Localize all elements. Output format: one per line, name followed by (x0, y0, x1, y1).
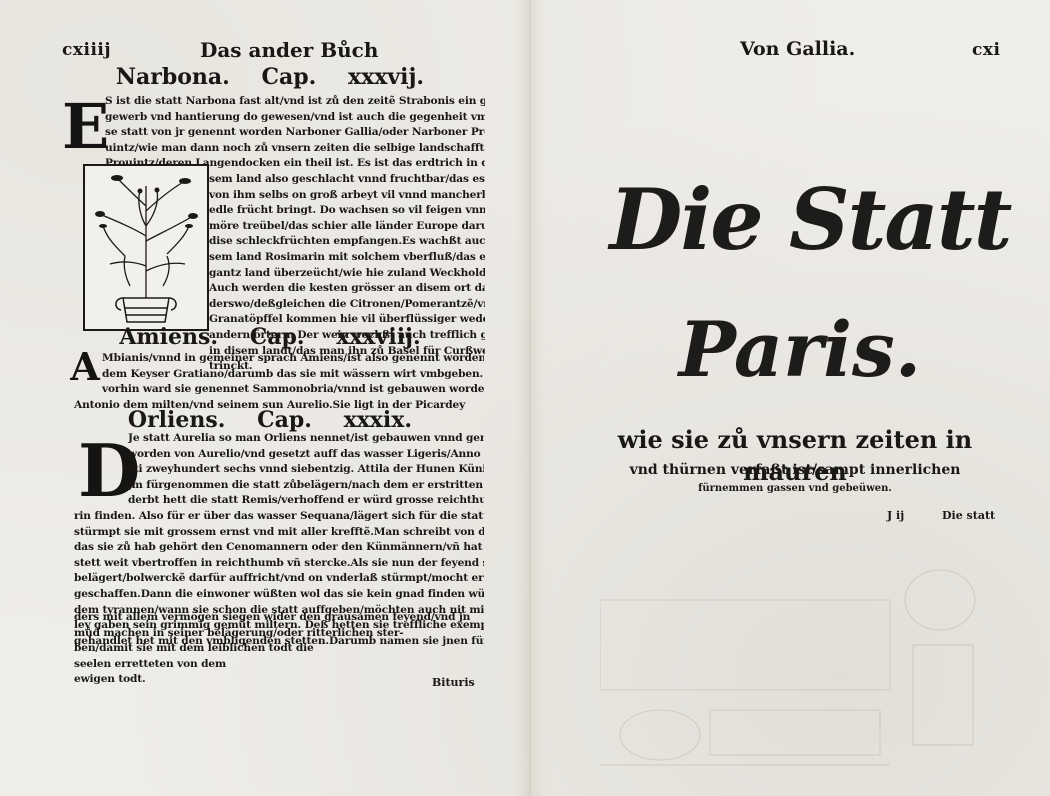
orliens-text-indented: Je statt Aurelia so man Orliens nennet/i… (128, 431, 484, 509)
text-line: möre treübel/das schier alle länder Euro… (209, 219, 485, 235)
text-line: Auch werden die kesten grösser an disem … (209, 281, 485, 297)
text-line: ewigen todt. (74, 672, 484, 688)
text-line: das sie zů hab gehört den Cenomannern od… (74, 540, 484, 556)
text-line: jm fürgenommen die statt zůbelägern/nach… (128, 478, 484, 494)
text-line: uintz/wie man dann noch zů vnsern zeiten… (105, 141, 485, 157)
left-page: cxiiij Das ander Bůch Narbona. Cap. xxxv… (0, 0, 520, 796)
text-line: se statt von jr genennt worden Narboner … (105, 125, 485, 141)
catchword: Bituris (432, 676, 475, 689)
chapter-title: Orliens. (128, 407, 226, 433)
text-line: ders mit allem vermögen siegen wider den… (74, 610, 484, 626)
decorated-initial-e: E (62, 92, 104, 164)
rosemary-plant-woodcut (83, 164, 209, 331)
text-line: derbt hett die statt Remis/verhoffend er… (128, 493, 484, 509)
decorated-initial-d: D (78, 432, 128, 510)
title-paris: Paris. (630, 300, 970, 400)
subtitle-line-3: fürnemmen gassen vnd gebeüwen. (610, 482, 980, 496)
orliens-text-tail: ders mit allem vermögen siegen wider den… (74, 610, 484, 688)
text-line: von ihm selbs on groß arbeyt vil vnnd ma… (209, 188, 485, 204)
subtitle-line-2: vnd thürnen verfaßt ist/sampt innerliche… (610, 460, 980, 480)
text-line: belägert/bolwerckẽ darfür auffricht/vnd … (74, 571, 484, 587)
folio-number: cxiiij (62, 40, 111, 60)
chapter-number: Cap. xxxvij. (262, 64, 425, 90)
text-line: S ist die statt Narbona fast alt/vnd ist… (105, 94, 485, 110)
text-line: Je statt Aurelia so man Orliens nennet/i… (128, 431, 484, 447)
folio-number-right: cxi (972, 40, 1000, 60)
running-head-right: Von Gallia. (740, 38, 855, 60)
text-line: Mbianis/vnnd in gemeiner sprach Amiens/i… (102, 351, 484, 367)
text-line: sti zweyhundert sechs vnnd siebentzig. A… (128, 462, 484, 478)
text-line: derswo/deßgleichen die Citronen/Pomerant… (209, 297, 485, 313)
text-line: seelen erretteten von dem (74, 657, 484, 673)
text-line: edle frücht bringt. Do wachsen so vil fe… (209, 203, 485, 219)
running-head: Das ander Bůch (200, 38, 378, 62)
text-line: můd machen in seiner belägerung/oder rit… (74, 626, 484, 642)
narbona-text-top: S ist die statt Narbona fast alt/vnd ist… (105, 94, 485, 172)
text-line: dise schleckfrüchten empfangen.Es wachßt… (209, 234, 485, 250)
text-line: worden von Aurelio/vnd gesetzt auff das … (128, 447, 484, 463)
catchword-right: Die statt (942, 509, 995, 522)
chapter-number: Cap. xxxviij. (250, 324, 421, 350)
text-line: sem land Rosimarin mit solchem vberfluß/… (209, 250, 485, 266)
text-line: rin finden. Also für er über das wasser … (74, 509, 484, 525)
text-line: stett weit vbertroffen in reichthumb vñ … (74, 556, 484, 572)
text-line: vorhin ward sie genennet Sammonobria/vnn… (102, 382, 484, 398)
text-line: geschaffen.Dann die einwoner wüßten wol … (74, 587, 484, 603)
amiens-text-indented: Mbianis/vnnd in gemeiner sprach Amiens/i… (102, 351, 484, 398)
title-die-statt: Die Statt (590, 165, 1030, 275)
text-line: ben/damit sie mit dem leiblichen todt di… (74, 641, 484, 657)
chapter-heading-amiens: Amiens. Cap. xxxviij. (60, 324, 480, 350)
text-line: stürmpt sie mit grossem ernst vnd mit al… (74, 525, 484, 541)
chapter-title: Amiens. (119, 324, 218, 350)
signature-mark: J ij (887, 509, 904, 522)
book-spread: cxiiij Das ander Bůch Narbona. Cap. xxxv… (0, 0, 1050, 796)
text-line: gewerb vnd hantierung do gewesen/vnd ist… (105, 110, 485, 126)
text-line: sem land also geschlacht vnnd fruchtbar/… (209, 172, 485, 188)
potted-plant-icon (85, 166, 207, 329)
text-line: dem Keyser Gratiano/darumb das sie mit w… (102, 367, 484, 383)
text-line: gantz land überzeücht/wie hie zuland Wec… (209, 266, 485, 282)
chapter-heading-narbona: Narbona. Cap. xxxvij. (60, 64, 480, 90)
show-through-engraving (600, 560, 980, 780)
decorated-initial-a: A (70, 347, 100, 387)
chapter-number: Cap. xxxix. (257, 407, 412, 433)
chapter-title: Narbona. (116, 64, 230, 90)
